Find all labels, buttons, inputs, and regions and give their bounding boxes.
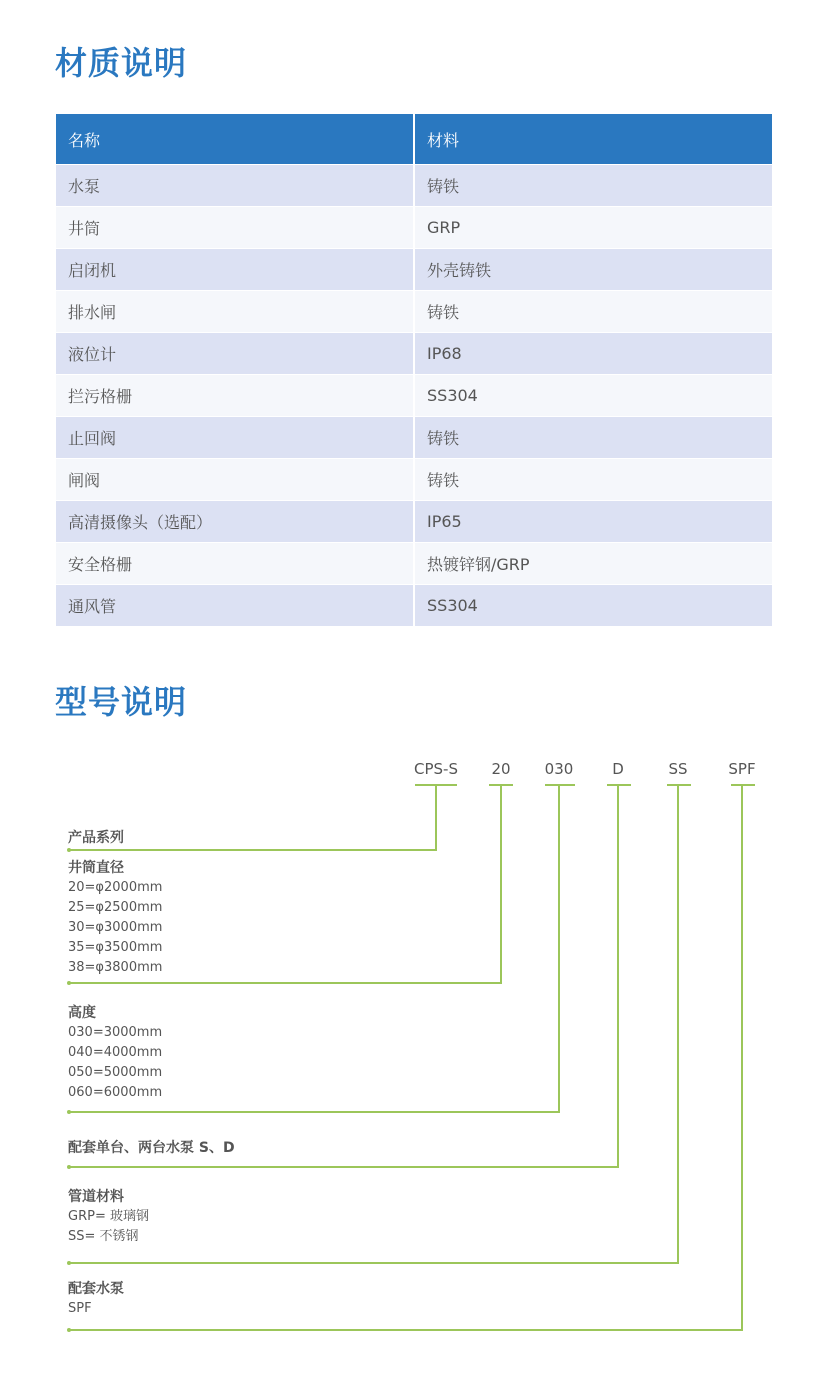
connector-line (617, 784, 619, 1167)
code-height: 030 (545, 760, 574, 778)
model-title: 型号说明 (55, 677, 187, 723)
line-end-dot (67, 1165, 71, 1169)
group-line: 30=φ3000mm (68, 918, 162, 938)
cell-name: 止回阀 (56, 417, 415, 459)
table-row: 排水闸铸铁 (56, 291, 772, 333)
cell-name: 安全格栅 (56, 543, 415, 585)
group-pump: 配套水泵 SPF (68, 1279, 124, 1319)
table-row: 安全格栅热镀锌钢/GRP (56, 543, 772, 585)
cell-material: IP68 (415, 333, 772, 375)
cell-name: 高清摄像头（选配） (56, 501, 415, 543)
code-series: CPS-S (414, 760, 458, 778)
table-row: 高清摄像头（选配）IP65 (56, 501, 772, 543)
connector-line (667, 784, 691, 786)
line-end-dot (67, 1261, 71, 1265)
table-row: 通风管SS304 (56, 585, 772, 627)
cell-material: 外壳铸铁 (415, 249, 772, 291)
cell-name: 排水闸 (56, 291, 415, 333)
code-pump-count: D (612, 760, 624, 778)
group-title: 配套水泵 (68, 1279, 124, 1299)
group-line: 20=φ2000mm (68, 878, 162, 898)
cell-material: SS304 (415, 375, 772, 417)
cell-material: 铸铁 (415, 291, 772, 333)
group-title: 管道材料 (68, 1187, 149, 1207)
group-line: 38=φ3800mm (68, 958, 162, 978)
table-row: 止回阀铸铁 (56, 417, 772, 459)
group-pump-count: 配套单台、两台水泵 S、D (68, 1138, 235, 1158)
group-line: 25=φ2500mm (68, 898, 162, 918)
connector-line (68, 1262, 679, 1264)
header-material: 材料 (415, 114, 772, 165)
table-row: 启闭机外壳铸铁 (56, 249, 772, 291)
group-line: 050=5000mm (68, 1063, 162, 1083)
cell-name: 启闭机 (56, 249, 415, 291)
connector-line (731, 784, 755, 786)
code-pipe-material: SS (668, 760, 687, 778)
cell-name: 拦污格栅 (56, 375, 415, 417)
connector-line (677, 784, 679, 1263)
connector-line (68, 1111, 560, 1113)
table-row: 液位计IP68 (56, 333, 772, 375)
connector-line (607, 784, 631, 786)
header-name: 名称 (56, 114, 415, 165)
line-end-dot (67, 848, 71, 852)
line-end-dot (67, 1328, 71, 1332)
line-end-dot (67, 1110, 71, 1114)
cell-material: 铸铁 (415, 417, 772, 459)
group-line: 060=6000mm (68, 1083, 162, 1103)
cell-material: GRP (415, 207, 772, 249)
cell-material: 热镀锌钢/GRP (415, 543, 772, 585)
group-diameter: 井筒直径 20=φ2000mm 25=φ2500mm 30=φ3000mm 35… (68, 858, 162, 978)
materials-title: 材质说明 (55, 38, 187, 84)
cell-material: 铸铁 (415, 459, 772, 501)
connector-line (435, 784, 437, 850)
group-line: 35=φ3500mm (68, 938, 162, 958)
connector-line (500, 784, 502, 983)
connector-line (68, 982, 502, 984)
connector-line (741, 784, 743, 1331)
materials-table: 名称 材料 水泵铸铁 井筒GRP 启闭机外壳铸铁 排水闸铸铁 液位计IP68 拦… (56, 114, 772, 627)
cell-name: 通风管 (56, 585, 415, 627)
group-line: 040=4000mm (68, 1043, 162, 1063)
cell-material: SS304 (415, 585, 772, 627)
group-pipe-material: 管道材料 GRP= 玻璃钢 SS= 不锈钢 (68, 1187, 149, 1247)
connector-line (68, 1329, 743, 1331)
cell-material: 铸铁 (415, 165, 772, 207)
group-title: 高度 (68, 1003, 162, 1023)
table-header-row: 名称 材料 (56, 114, 772, 165)
cell-name: 液位计 (56, 333, 415, 375)
cell-name: 井筒 (56, 207, 415, 249)
table-row: 拦污格栅SS304 (56, 375, 772, 417)
connector-line (68, 849, 437, 851)
table-row: 闸阀铸铁 (56, 459, 772, 501)
group-line: SS= 不锈钢 (68, 1227, 149, 1247)
group-title: 产品系列 (68, 828, 124, 848)
group-line: GRP= 玻璃钢 (68, 1207, 149, 1227)
connector-line (558, 784, 560, 1112)
group-line: SPF (68, 1299, 124, 1319)
group-height: 高度 030=3000mm 040=4000mm 050=5000mm 060=… (68, 1003, 162, 1103)
line-end-dot (67, 981, 71, 985)
cell-name: 闸阀 (56, 459, 415, 501)
connector-line (68, 1166, 619, 1168)
code-pump: SPF (728, 760, 755, 778)
connector-line (545, 784, 575, 786)
group-title: 配套单台、两台水泵 S、D (68, 1138, 235, 1158)
cell-material: IP65 (415, 501, 772, 543)
group-series: 产品系列 (68, 828, 124, 848)
table-row: 井筒GRP (56, 207, 772, 249)
cell-name: 水泵 (56, 165, 415, 207)
code-diameter: 20 (491, 760, 510, 778)
table-row: 水泵铸铁 (56, 165, 772, 207)
group-line: 030=3000mm (68, 1023, 162, 1043)
group-title: 井筒直径 (68, 858, 162, 878)
